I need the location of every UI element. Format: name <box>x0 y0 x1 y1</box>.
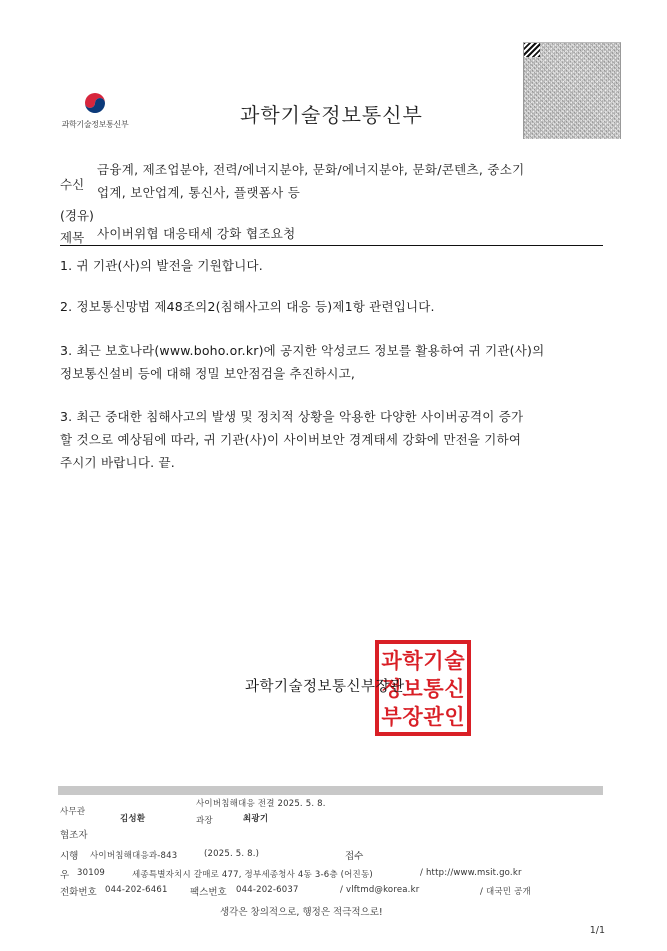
seal-char: 부 <box>381 703 402 731</box>
ministry-title: 과학기술정보통신부 <box>240 99 423 128</box>
body-paragraph-4: 3. 최근 중대한 침해사고의 발생 및 정치적 상황을 악용한 다양한 사이버… <box>60 405 612 474</box>
paragraph-line: 1. 귀 기관(사)의 발전을 기원합니다. <box>60 254 612 277</box>
seal-char: 술 <box>444 647 465 675</box>
address: 세종특별자치시 갈매로 477, 정부세종청사 4동 3-6층 (어진동) <box>132 868 373 880</box>
paragraph-line: 3. 최근 중대한 침해사고의 발생 및 정치적 상황을 악용한 다양한 사이버… <box>60 405 612 428</box>
officer-name: 김성환 <box>120 812 145 824</box>
phone-number: 044-202-6461 <box>105 885 168 895</box>
ministry-logo: 과학기술정보통신부 <box>58 90 132 136</box>
email-link[interactable]: / vlftmd@korea.kr <box>340 885 419 895</box>
approval-text: 사이버침해대응 전결 2025. 5. 8. <box>196 797 326 809</box>
seal-char: 신 <box>444 675 465 703</box>
fax-number: 044-202-6037 <box>236 885 299 895</box>
seal-char: 학 <box>402 647 423 675</box>
paragraph-line: 3. 최근 보호나라(www.boho.or.kr)에 공지한 악성코드 정보를… <box>60 339 612 362</box>
disclosure-status: / 대국민 공개 <box>480 885 531 897</box>
enforcement-date: (2025. 5. 8.) <box>204 849 259 859</box>
logo-text: 과학기술정보통신부 <box>58 119 132 130</box>
header-divider <box>60 245 603 246</box>
recipient-line: 금융계, 제조업분야, 전력/에너지분야, 문화/에너지분야, 문화/콘텐츠, … <box>97 158 612 181</box>
paragraph-line: 2. 정보통신망법 제48조의2(침해사고의 대응 등)제1항 관련입니다. <box>60 295 612 318</box>
cooperator-label: 협조자 <box>60 827 88 841</box>
subject-label: 제목 <box>60 228 84 246</box>
subject-value: 사이버위협 대응태세 강화 협조요청 <box>97 224 295 244</box>
page-number: 1/1 <box>590 925 605 936</box>
taegeuk-emblem-icon <box>82 90 108 116</box>
phone-label: 전화번호 <box>60 884 97 898</box>
signatory-name: 과학기술정보통신부장관 <box>245 675 405 696</box>
enforcement-number: 사이버침해대응과-843 <box>90 849 177 861</box>
website-link[interactable]: / http://www.msit.go.kr <box>420 868 522 878</box>
recipient-value: 금융계, 제조업분야, 전력/에너지분야, 문화/에너지분야, 문화/콘텐츠, … <box>97 158 612 204</box>
body-paragraph-2: 2. 정보통신망법 제48조의2(침해사고의 대응 등)제1항 관련입니다. <box>60 295 612 318</box>
qr-finder-pattern <box>524 43 540 57</box>
qr-code <box>523 42 621 139</box>
seal-char: 관 <box>423 703 444 731</box>
seal-char: 보 <box>402 675 423 703</box>
postal-label: 우 <box>60 867 69 881</box>
seal-char: 기 <box>423 647 444 675</box>
slogan: 생각은 창의적으로, 행정은 적극적으로! <box>220 904 383 918</box>
seal-char: 인 <box>444 703 465 731</box>
via-label: (경유) <box>60 206 94 224</box>
footer-divider-bar <box>58 786 603 795</box>
officer-label: 사무관 <box>60 805 85 817</box>
recipient-label: 수신 <box>60 175 84 193</box>
postal-code: 30109 <box>77 868 105 878</box>
receipt-label: 접수 <box>345 848 363 862</box>
recipient-line: 업계, 보안업계, 통신사, 플랫폼사 등 <box>97 181 612 204</box>
seal-char: 통 <box>423 675 444 703</box>
seal-char: 장 <box>402 703 423 731</box>
body-paragraph-3: 3. 최근 보호나라(www.boho.or.kr)에 공지한 악성코드 정보를… <box>60 339 612 385</box>
seal-char: 과 <box>381 647 402 675</box>
director-label: 과장 <box>196 814 213 826</box>
paragraph-line: 주시기 바랍니다. 끝. <box>60 451 612 474</box>
enforcement-label: 시행 <box>60 848 78 862</box>
director-name: 최광기 <box>243 812 268 824</box>
body-paragraph-1: 1. 귀 기관(사)의 발전을 기원합니다. <box>60 254 612 277</box>
fax-label: 팩스번호 <box>190 884 227 898</box>
paragraph-line: 할 것으로 예상됨에 따라, 귀 기관(사)이 사이버보안 경계태세 강화에 만… <box>60 428 612 451</box>
paragraph-line: 정보통신설비 등에 대해 정밀 보안점검을 추진하시고, <box>60 362 612 385</box>
